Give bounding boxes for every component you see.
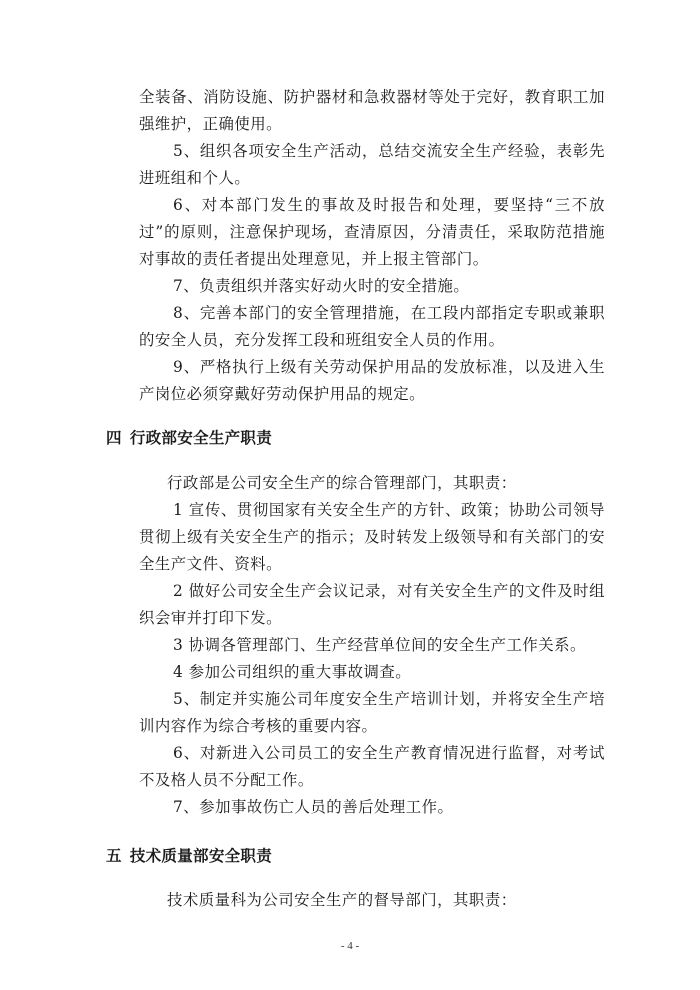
paragraph-item-8: 8、完善本部门的安全管理措施，在工段内部指定专职或兼职的安全人员，充分发挥工段和… [139,300,605,354]
paragraph-item-6: 6、对本部门发生的事故及时报告和处理，要坚持“三不放过”的原则，注意保护现场，查… [139,192,605,273]
section-number: 四 [106,429,122,447]
section-body-admin: 行政部是公司安全生产的综合管理部门，其职责： 1 宣传、贯彻国家有关安全生产的方… [139,470,605,821]
list-item: 6、对新进入公司员工的安全生产教育情况进行监督，对考试不及格人员不分配工作。 [139,740,605,794]
section-heading-tech-quality: 五技术质量部安全职责 [106,844,272,866]
paragraph-item-7: 7、负责组织并落实好动火时的安全措施。 [139,273,605,300]
list-item: 5、制定并实施公司年度安全生产培训计划，并将安全生产培训内容作为综合考核的重要内… [139,686,605,740]
paragraph-item-9: 9、严格执行上级有关劳动保护用品的发放标准，以及进入生产岗位必须穿戴好劳动保护用… [139,354,605,408]
section-number: 五 [106,847,122,865]
paragraph-continuation: 全装备、消防设施、防护器材和急救器材等处于完好，教育职工加强维护，正确使用。 [139,84,605,138]
section-title: 技术质量部安全职责 [130,847,272,865]
section-title: 行政部安全生产职责 [130,429,272,447]
section-intro: 行政部是公司安全生产的综合管理部门，其职责： [139,470,605,497]
list-item: 7、参加事故伤亡人员的善后处理工作。 [139,794,605,821]
page-number: - 4 - [0,940,700,952]
paragraph-item-5: 5、组织各项安全生产活动，总结交流安全生产经验，表彰先进班组和个人。 [139,138,605,192]
section-intro: 技术质量科为公司安全生产的督导部门，其职责： [139,887,605,914]
list-item: 2 做好公司安全生产会议记录，对有关安全生产的文件及时组织会审并打印下发。 [139,578,605,632]
section-body-tech-quality: 技术质量科为公司安全生产的督导部门，其职责： [139,887,605,914]
list-item: 4 参加公司组织的重大事故调查。 [139,659,605,686]
continuation-block: 全装备、消防设施、防护器材和急救器材等处于完好，教育职工加强维护，正确使用。 5… [139,84,605,408]
document-page: 全装备、消防设施、防护器材和急救器材等处于完好，教育职工加强维护，正确使用。 5… [0,0,700,990]
list-item: 1 宣传、贯彻国家有关安全生产的方针、政策；协助公司领导贯彻上级有关安全生产的指… [139,497,605,578]
section-heading-admin: 四行政部安全生产职责 [106,426,272,448]
list-item: 3 协调各管理部门、生产经营单位间的安全生产工作关系。 [139,632,605,659]
